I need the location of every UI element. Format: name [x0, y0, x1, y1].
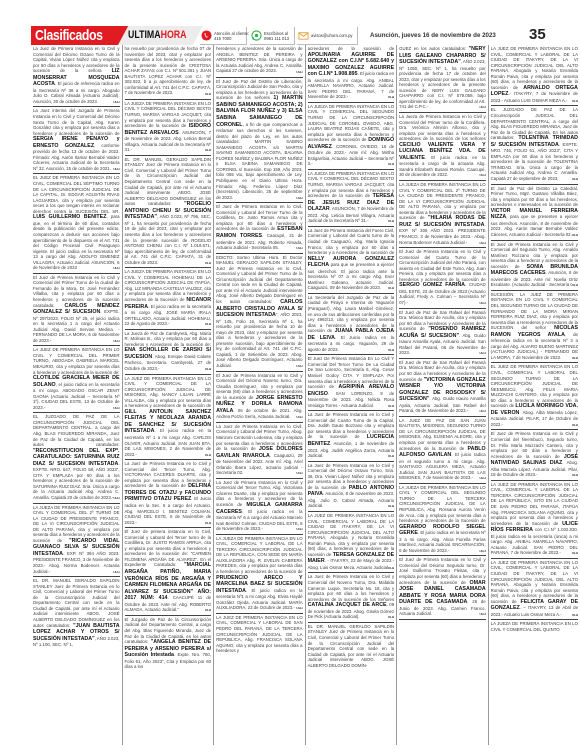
legal-notice: LA JUEZ DE PRIMERA INSTANCIA EN LO CIVIL… [308, 512, 395, 573]
notice-code: ULH [572, 99, 578, 105]
notice-code: ULH [388, 95, 394, 101]
notice-code: ULH [388, 404, 394, 410]
legal-notice: La Juez de Primera Instancia en lo Civil… [216, 423, 303, 479]
notice-text: acreedores de la sucesión de [308, 46, 395, 51]
notice-text: LA JUEZ DE PRIMERA INSTANCIA EN LO CIVIL… [491, 482, 578, 526]
legal-notice: El Juez de Primera Instancia en lo Civil… [216, 372, 303, 423]
notice-code: ULH [113, 339, 119, 345]
legal-notice: La Secretaría del Juzgado de Paz de la c… [308, 294, 395, 355]
notice-code: ULH [572, 233, 578, 239]
notice-code: ULH [296, 415, 302, 421]
notice-text: ha resuelto por providencia de fecha 07 … [125, 46, 212, 95]
notice-code: ULH [479, 301, 485, 307]
legal-notice: EL DR. MANUEL GERALDO SAPILDIN STANLEY J… [308, 623, 395, 671]
notice-code: ULH [572, 473, 578, 479]
column-6: LA JUEZ DE PRIMERA INSTANCIA EN LO CIVIL… [489, 45, 580, 745]
column-2: ha resuelto por providencia de fecha 07 … [123, 45, 215, 745]
legal-notice: La Jueza de Primera Instancia en lo Civi… [399, 113, 486, 181]
column-4: acreedores de la sucesión de APOLINARIA … [306, 45, 398, 745]
legal-notice: El Juzgado de Paz de la Circunscripción … [125, 616, 212, 672]
notice-code: ULH [388, 615, 394, 621]
notice-code: ULH [572, 177, 578, 183]
legal-notice: LA JUEZ DE PRIMERA INSTANCIA EN LO CIVIL… [216, 614, 303, 657]
legal-notice: La Juez de Primera Instancia en lo Civil… [33, 45, 120, 107]
notice-code: ULH [296, 364, 302, 370]
notice-code: ULH [296, 606, 302, 612]
legal-notice: EL JUEZ DE PRIMERA INSTANCIA EN LO CIVIL… [33, 174, 120, 273]
notice-code: ULH [388, 348, 394, 354]
legal-notice: El Juez de Primera Instancia en lo Civil… [216, 203, 303, 253]
notice-code: ULH [572, 613, 578, 619]
notice-code: ULH [113, 406, 119, 412]
notice-code: ULH [572, 283, 578, 289]
notice-text: La Juez de Primera Instancia del Fuero C… [308, 228, 395, 255]
legal-notice: El Juez de Paz del Distrito de Liberació… [216, 78, 303, 203]
legal-notice: LA JUEZA DE PRIMERA INSTANCIA EN LO CIVI… [216, 535, 303, 614]
notice-text: EL JUEZ DE PRIMERA INSTANCIA EN LO CIVIL… [33, 175, 120, 213]
notice-code: ULH [296, 196, 302, 202]
legal-notice: LA JUEZA DE PRIMERA INSTANCIA EN LO CIVI… [308, 103, 395, 170]
legal-notice: El Juez de Primera Instancia en lo Civil… [33, 274, 120, 347]
notice-code: ULH [205, 148, 211, 154]
legal-notice: LA JUEZ DE PRIMERA INSTANCIA EN LO CIVIL… [125, 375, 212, 461]
notice-text: La Juez interina del Juzgado de Primera … [33, 108, 120, 135]
notice-text: , a fin de que comparezcan a reclamar su… [216, 122, 303, 200]
notice-code: ULH [113, 496, 119, 502]
notice-code: ULH [479, 351, 485, 357]
notice-text: LA JUEZA DE PRIMERA INSTANCIA EN LO CIVI… [216, 536, 303, 574]
legal-notice: La Juez interina del Juzgado de Primera … [33, 107, 120, 174]
notice-text: La Jueza de Primera Instancia en lo Civi… [399, 114, 486, 141]
legal-notice: EL JUEZ DE PRIMERA INSTANCIA EN LO CIVIL… [491, 363, 578, 430]
legal-notice: La Juez de Primera Instancia en lo Civil… [308, 462, 395, 512]
legal-notice: El Juez de Primera Instancia en lo Civil… [399, 556, 486, 619]
notice-code: ULH [296, 471, 302, 477]
notice-code: ULH [388, 454, 394, 460]
notice-code: ULH [113, 570, 119, 576]
notice-text: . EXPTE. NRO. 647, FOLIO 58, AÑO 2023", … [33, 461, 120, 500]
notice-code: ULH [479, 173, 485, 179]
notice-text: EL DR. MANUEL GERALDO SAPILDIN STANLEY J… [308, 624, 395, 668]
notice-text: , AÑO 2.023, Nº 796, SEC. Nº 1, ha resue… [125, 214, 212, 264]
classifieds-columns: La Juez de Primera Instancia en lo Civil… [31, 45, 580, 756]
legal-notice: LA JUEZA DE PRIMERA INSTANCIA EN LO CIVI… [125, 100, 212, 156]
notice-code: ULH [113, 100, 119, 106]
legal-notice: La Juez de Primera Instancia en lo Civil… [308, 411, 395, 461]
deceased-name: "RECONSTITUCION DEL EXPº. CARATULADO: SA… [33, 448, 120, 467]
notice-code: ULH [205, 453, 211, 459]
legal-notice: LA JUEZA DE PRIMERA INSTANCIA EN LO CIVI… [399, 181, 486, 248]
issue-date: Asunción, jueves 16 de noviembre de 2023 [370, 32, 496, 39]
legal-notice: LA JUEZ DE PRIMERA INSTANCIA EN LO CIVIL… [491, 481, 578, 559]
contact-email: avisos@uhora.com.py [297, 27, 358, 45]
notice-code: ULH [572, 356, 578, 362]
notice-text: , para que, en el término de 60 días, co… [33, 214, 120, 270]
deceased-name: SERGIO GOMEZ FARIÑA [399, 282, 465, 288]
notice-code: ULH [479, 549, 485, 555]
notice-code: ULH [205, 92, 211, 98]
notice-text: , AÑO 2.023, Nº 1050, SEC. Nº 1, ha resu… [399, 59, 486, 109]
notice-text: . EXPTE. NRO. 746, FOLIO 61, AÑO 2023", … [491, 142, 578, 181]
notice-text: EL DR. MANUEL GERALDO SAPILDIN STANLEY J… [125, 157, 212, 206]
legal-notice: LA JUEZ DE PRIMERA INSTANCIA EN LO CIVIL… [491, 45, 578, 106]
notice-code: ULH [296, 527, 302, 533]
notice-code: ULH [388, 219, 394, 225]
notice-text: La Jueza de Paz de Cambyretá, Abg. María… [125, 331, 212, 347]
notice-code: ULH [113, 167, 119, 173]
notice-text: LA JUEZA DE PRIMERA INSTANCIA EN LO CIVI… [491, 621, 578, 632]
notice-text: EL DR. MANUEL GERALDO SAPILDIN STANLEY J… [33, 578, 120, 627]
legal-notice: ha resuelto por providencia de fecha 07 … [125, 45, 212, 100]
legal-notice: SUCESIÓN: LA JUEZ DE PRIMERA INSTANCIA E… [491, 291, 578, 364]
legal-notice: LA JUEZ DE PRIMERA INSTANCIA EN LO CIVIL… [33, 346, 120, 413]
notice-text: GUEZ en los autos caratulados: [399, 46, 469, 51]
legal-notice: La Juez de Primera Instancia en lo Civil… [216, 479, 303, 535]
notice-text: EL JUZGADO DE PAZ DE LA CIRCUNSCRIPCIÓN … [33, 414, 120, 447]
notice-code: ULH [572, 551, 578, 557]
legal-notice: LA JUEZA DE PRIMERA INSTANCIA EN LO CIVI… [125, 268, 212, 329]
legal-notice: El Juez de Paz de San Rafael del Paraná … [399, 359, 486, 417]
legal-notice: LA JUEZA DE PRIMERA INSTANCIA EN LO CIVI… [33, 504, 120, 578]
contact-whatsapp: Escríbinos al0981 111 013 [250, 27, 295, 45]
legal-notice: El Juez de primera instancia en lo Civil… [125, 528, 212, 616]
phone-icon [201, 30, 212, 41]
legal-notice: herederos y acreedores de la sucesión de… [216, 45, 303, 78]
legal-notice: El Juez de Paz del Distrito La Catedral,… [491, 185, 578, 241]
deceased-name: CATALINA JACQUET DE ARCE [308, 602, 387, 608]
legal-notice: El Juez de Primera Instancia en lo Civil… [491, 241, 578, 291]
column-5: GUEZ en los autos caratulados: "NERY LUI… [397, 45, 489, 745]
notice-code: ULH [572, 423, 578, 429]
notice-code: ULH [296, 246, 302, 252]
whatsapp-icon [251, 30, 262, 41]
notice-code: ULH [205, 261, 211, 267]
contact-phone: Atención al cliente:415 7000 [200, 27, 247, 45]
notice-text: LA JUEZ DE PRIMERA INSTANCIA EN LO CIVIL… [33, 347, 120, 374]
notice-text: El Juez de Paz del Distrito La Catedral,… [491, 186, 578, 208]
legal-notice: El Juez de Primera Instancia en lo Civil… [491, 430, 578, 480]
notice-code: ULH [388, 162, 394, 168]
newspaper-logo: ULTIMAHORA [128, 28, 187, 43]
notice-code: ULH [479, 612, 485, 618]
email-icon [298, 30, 309, 41]
legal-notice: EL DR. MANUEL GERALDO SAPILDIN STANLEY J… [125, 156, 212, 268]
notice-code: ULH [479, 476, 485, 482]
notice-text: EDICTO: Sorteo Ultima Hora. El Doctor MA… [216, 255, 303, 304]
column-1: La Juez de Primera Instancia en lo Civil… [31, 45, 123, 745]
notice-code: ULH [205, 322, 211, 328]
notice-code: ULH [205, 521, 211, 527]
notice-code: ULH [479, 105, 485, 111]
notice-text: La Juez de Primera Instancia en lo Civil… [308, 574, 395, 601]
notice-code: ULH [388, 504, 394, 510]
legal-notice: El Juez de Primera Instancia en lo Civil… [399, 248, 486, 308]
notice-code: ULH [388, 286, 394, 292]
notice-code: ULH [113, 266, 119, 272]
legal-notice: La Juez de Primera Instancia en lo Civil… [308, 573, 395, 622]
column-3: herederos y acreedores de la sucesión de… [214, 45, 306, 745]
notice-text: LA JUEZ DE PRIMERA INSTANCIA EN LO CIVIL… [216, 615, 303, 653]
notice-code: ULH [205, 608, 211, 614]
legal-notice: LA JUEZ DE PRIMERA INSTANCIA EN LO CIVIL… [491, 559, 578, 620]
notice-text: El Juez de Primera Instancia en lo Civil… [399, 249, 486, 282]
notice-code: ULH [479, 409, 485, 415]
legal-notice: La Jueza de Paz de Cambyretá, Abg. María… [125, 330, 212, 375]
legal-notice: GUEZ en los autos caratulados: "NERY LUI… [399, 45, 486, 113]
legal-notice: El Juez De Primera Instancia En Lo Civil… [308, 355, 395, 411]
notice-text: LA JUEZA DE PRIMERA INSTANCIA EN LO CIVI… [399, 485, 486, 523]
deceased-name: LUIS GUILLERMO BENITEZ [33, 214, 106, 220]
legal-notice: LA JUEZA DE PRIMERA INSTANCIA EN LO CIVI… [308, 170, 395, 227]
page-header: Clasificados ULTIMAHORA Atención al clie… [0, 26, 580, 45]
notice-text: La Juez de Primera Instancia en lo Civil… [33, 46, 120, 73]
legal-notice: EDICTO: Sorteo Ultima Hora. El Doctor MA… [216, 254, 303, 372]
notice-text: herederos y acreedores de la sucesión de… [216, 46, 303, 73]
notice-code: ULH [479, 241, 485, 247]
notice-text: LA JUEZ DE PRIMERA INSTANCIA EN LO CIVIL… [308, 513, 395, 557]
notice-text: LA JUEZ DE PRIMERA INSTANCIA EN LO CIVIL… [491, 560, 578, 604]
legal-notice: EL JUZGADO DE PAZ DE LA CIRCUNSCRIPCIÓN … [33, 413, 120, 503]
legal-notice: acreedores de la sucesión de APOLINARIA … [308, 45, 395, 103]
legal-notice: EL DR. MANUEL GERALDO SAPILDIN STANLEY J… [33, 577, 120, 650]
notice-code: ULH [296, 70, 302, 76]
legal-notice: LA JUEZA DE PRIMERA INSTANCIA EN LO CIVI… [399, 484, 486, 557]
legal-notice: LA JUEZA DE PRIMERA INSTANCIA EN LO CIVI… [491, 620, 578, 635]
notice-text: LA JUEZ DE PRIMERA INSTANCIA EN LO CIVIL… [125, 376, 212, 409]
legal-notice: La Juez de Primera Instancia del Fuero C… [308, 227, 395, 294]
section-title: Clasificados [35, 26, 103, 45]
notice-text: LA JUEZ DE PRIMERA INSTANCIA EN LO CIVIL… [491, 46, 578, 90]
section-banner: Clasificados [31, 26, 131, 45]
notice-code: ULH [388, 566, 394, 572]
legal-notice: LA JUEZ DE PAZ DE SAN JUAN BAUTISTA, MIS… [399, 417, 486, 484]
notice-text: EL JUEZ DE PRIMERA INSTANCIA EN LO CIVIL… [491, 364, 578, 408]
notice-code: ULH [205, 367, 211, 373]
notice-text: ", AÑO 2023, Nº 145, Folio 16, Secretarí… [216, 312, 303, 368]
page-number: 35 [529, 26, 546, 43]
legal-notice: El Juez de Paz de San Rafael del Paraná … [399, 309, 486, 359]
legal-notice: La Juez de Primera Instancia en lo Civil… [125, 460, 212, 528]
legal-notice: EL JUZGADO DE PAZ DE LA Circunscripción … [491, 106, 578, 184]
